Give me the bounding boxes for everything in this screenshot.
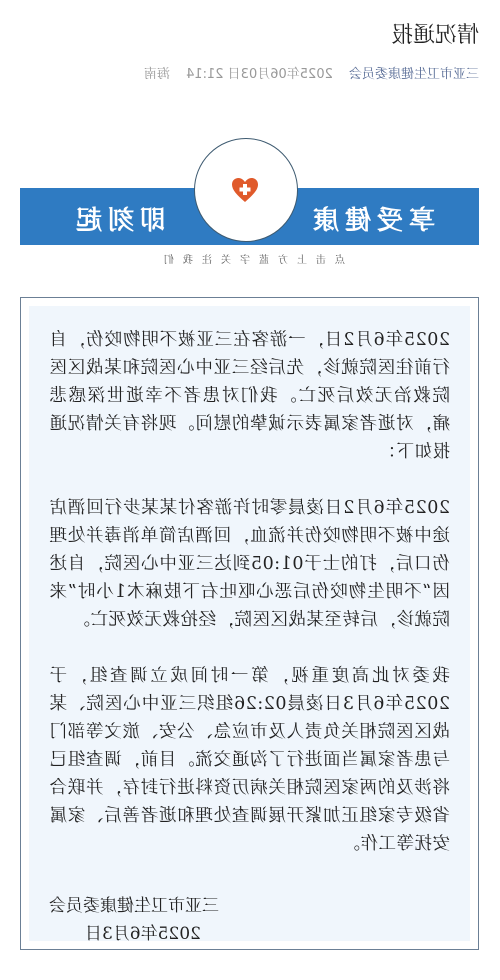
signature-org: 三亚市卫生健康委员会 [49, 892, 450, 920]
article-meta: 三亚市卫生健康委员会 2025年06月03日 21:14 海南 [144, 63, 479, 82]
follow-caption: 点击上方蓝字关注我们 [0, 251, 500, 266]
follow-banner: 享受健康 即刻起 点击上方蓝字关注我们 [0, 130, 500, 270]
publish-location: 海南 [144, 67, 170, 82]
notice-paragraph-2: 2025年6月2日凌晨零时许游客付某某步行回酒店途中被不明物咬伤并流血，回酒店简… [49, 494, 450, 634]
notice-content: 2025年6月2日，一游客在三亚被不明物咬伤，自行前往医院就诊，先后经三亚中心医… [29, 306, 470, 941]
notice-paragraph-3: 我委对此高度重视，第一时间成立调查组，于2025年6月3日凌晨02:26组织三亚… [49, 662, 450, 858]
signature-date: 2025年6月3日 [49, 920, 450, 948]
banner-circle [194, 138, 298, 242]
publish-datetime: 2025年06月03日 21:14 [186, 67, 333, 82]
heart-medical-cross-icon [231, 177, 259, 203]
banner-left-text: 享受健康 [307, 200, 435, 237]
banner-right-text: 即刻起 [70, 200, 166, 237]
article-page: 情况通报 三亚市卫生健康委员会 2025年06月03日 21:14 海南 享受健… [0, 0, 500, 980]
notice-box: 2025年6月2日，一游客在三亚被不明物咬伤，自行前往医院就诊，先后经三亚中心医… [20, 297, 479, 950]
notice-paragraph-1: 2025年6月2日，一游客在三亚被不明物咬伤，自行前往医院就诊，先后经三亚中心医… [49, 326, 450, 466]
article-title: 情况通报 [391, 18, 479, 49]
account-name-link[interactable]: 三亚市卫生健康委员会 [349, 67, 479, 82]
notice-signature: 三亚市卫生健康委员会 2025年6月3日 [49, 892, 450, 948]
